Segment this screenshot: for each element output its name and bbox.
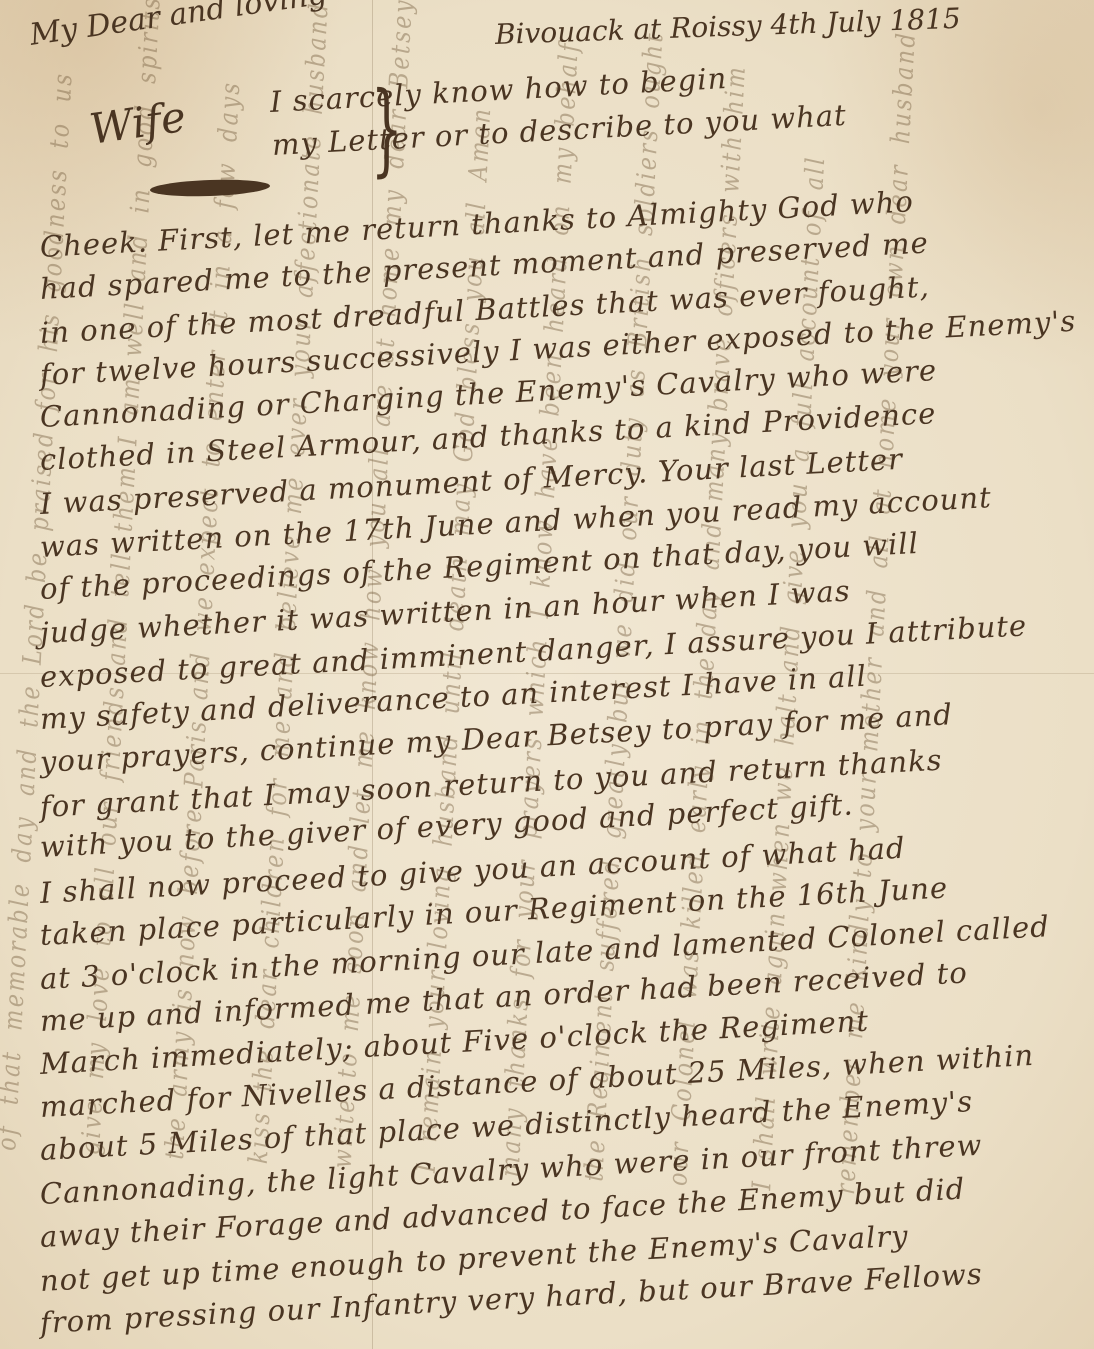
- salutation: My Dear and loving: [28, 0, 329, 53]
- ink-flourish: [150, 178, 270, 198]
- letter-page: action and fearing for you when you read…: [0, 0, 1094, 1349]
- cross-writing-line: and wounded of our Regiment I have been …: [0, 21, 3, 1147]
- salutation-name: Wife: [87, 92, 189, 154]
- letter-heading: Bivouack at Roissy 4th July 1815: [494, 2, 961, 51]
